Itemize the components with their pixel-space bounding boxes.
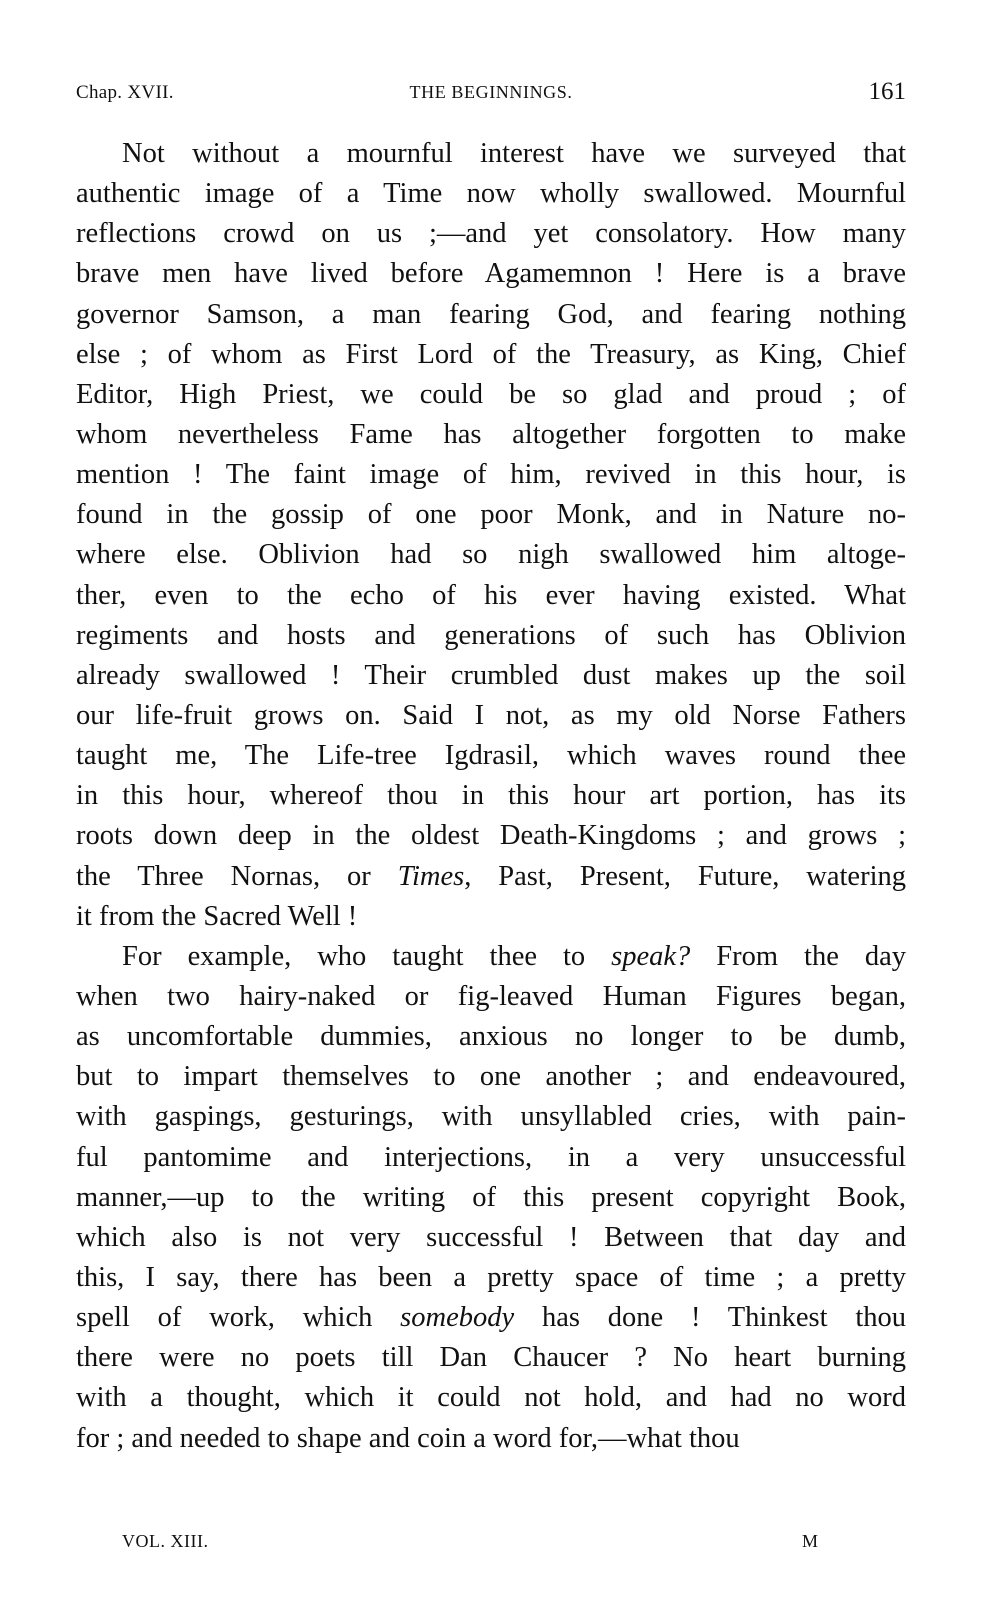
gathering-signature: M xyxy=(802,1531,818,1552)
text-line: but to impart themselves to one another … xyxy=(76,1057,906,1097)
text-line: governor Samson, a man fearing God, and … xyxy=(76,295,906,335)
text-line: spell of work, which somebody has done !… xyxy=(76,1298,906,1338)
text-line: as uncomfortable dummies, anxious no lon… xyxy=(76,1017,906,1057)
italic-emphasis: Times xyxy=(398,861,465,892)
body-text: Not without a mournful interest have we … xyxy=(76,134,906,1459)
italic-emphasis: somebody xyxy=(400,1302,514,1333)
page-footer: VOL. XIII. M xyxy=(76,1531,906,1557)
text-line: mention ! The faint image of him, revive… xyxy=(76,455,906,495)
running-head: Chap. XVII. THE BEGINNINGS. 161 xyxy=(76,78,906,108)
text-line: brave men have lived before Agamemnon ! … xyxy=(76,254,906,294)
text-line: manner,—up to the writing of this presen… xyxy=(76,1178,906,1218)
text-line: which also is not very successful ! Betw… xyxy=(76,1218,906,1258)
book-page: Chap. XVII. THE BEGINNINGS. 161 Not with… xyxy=(0,0,1000,1603)
text-line: Not without a mournful interest have we … xyxy=(76,134,906,174)
text-line: in this hour, whereof thou in this hour … xyxy=(76,776,906,816)
running-title: THE BEGINNINGS. xyxy=(76,82,906,103)
paragraph: Not without a mournful interest have we … xyxy=(76,134,906,937)
text-line: ther, even to the echo of his ever havin… xyxy=(76,576,906,616)
text-line: the Three Nornas, or Times, Past, Presen… xyxy=(76,857,906,897)
text-line: whom nevertheless Fame has altogether fo… xyxy=(76,415,906,455)
text-line: this, I say, there has been a pretty spa… xyxy=(76,1258,906,1298)
text-line: already swallowed ! Their crumbled dust … xyxy=(76,656,906,696)
text-line: with gaspings, gesturings, with unsyllab… xyxy=(76,1097,906,1137)
text-line: For example, who taught thee to speak? F… xyxy=(76,937,906,977)
text-line: it from the Sacred Well ! xyxy=(76,897,906,937)
text-line: our life-fruit grows on. Said I not, as … xyxy=(76,696,906,736)
text-line: when two hairy-naked or fig-leaved Human… xyxy=(76,977,906,1017)
text-line: regiments and hosts and generations of s… xyxy=(76,616,906,656)
text-line: taught me, The Life-tree Igdrasil, which… xyxy=(76,736,906,776)
italic-emphasis: speak? xyxy=(611,941,690,972)
text-line: with a thought, which it could not hold,… xyxy=(76,1378,906,1418)
text-line: for ; and needed to shape and coin a wor… xyxy=(76,1419,906,1459)
text-line: found in the gossip of one poor Monk, an… xyxy=(76,495,906,535)
text-line: reflections crowd on us ;—and yet consol… xyxy=(76,214,906,254)
text-line: roots down deep in the oldest Death-King… xyxy=(76,816,906,856)
volume-signature: VOL. XIII. xyxy=(122,1531,208,1552)
text-line: ful pantomime and interjections, in a ve… xyxy=(76,1138,906,1178)
page-number: 161 xyxy=(869,78,907,106)
text-line: where else. Oblivion had so nigh swallow… xyxy=(76,535,906,575)
text-line: there were no poets till Dan Chaucer ? N… xyxy=(76,1338,906,1378)
paragraph: For example, who taught thee to speak? F… xyxy=(76,937,906,1459)
text-line: Editor, High Priest, we could be so glad… xyxy=(76,375,906,415)
text-line: else ; of whom as First Lord of the Trea… xyxy=(76,335,906,375)
text-line: authentic image of a Time now wholly swa… xyxy=(76,174,906,214)
